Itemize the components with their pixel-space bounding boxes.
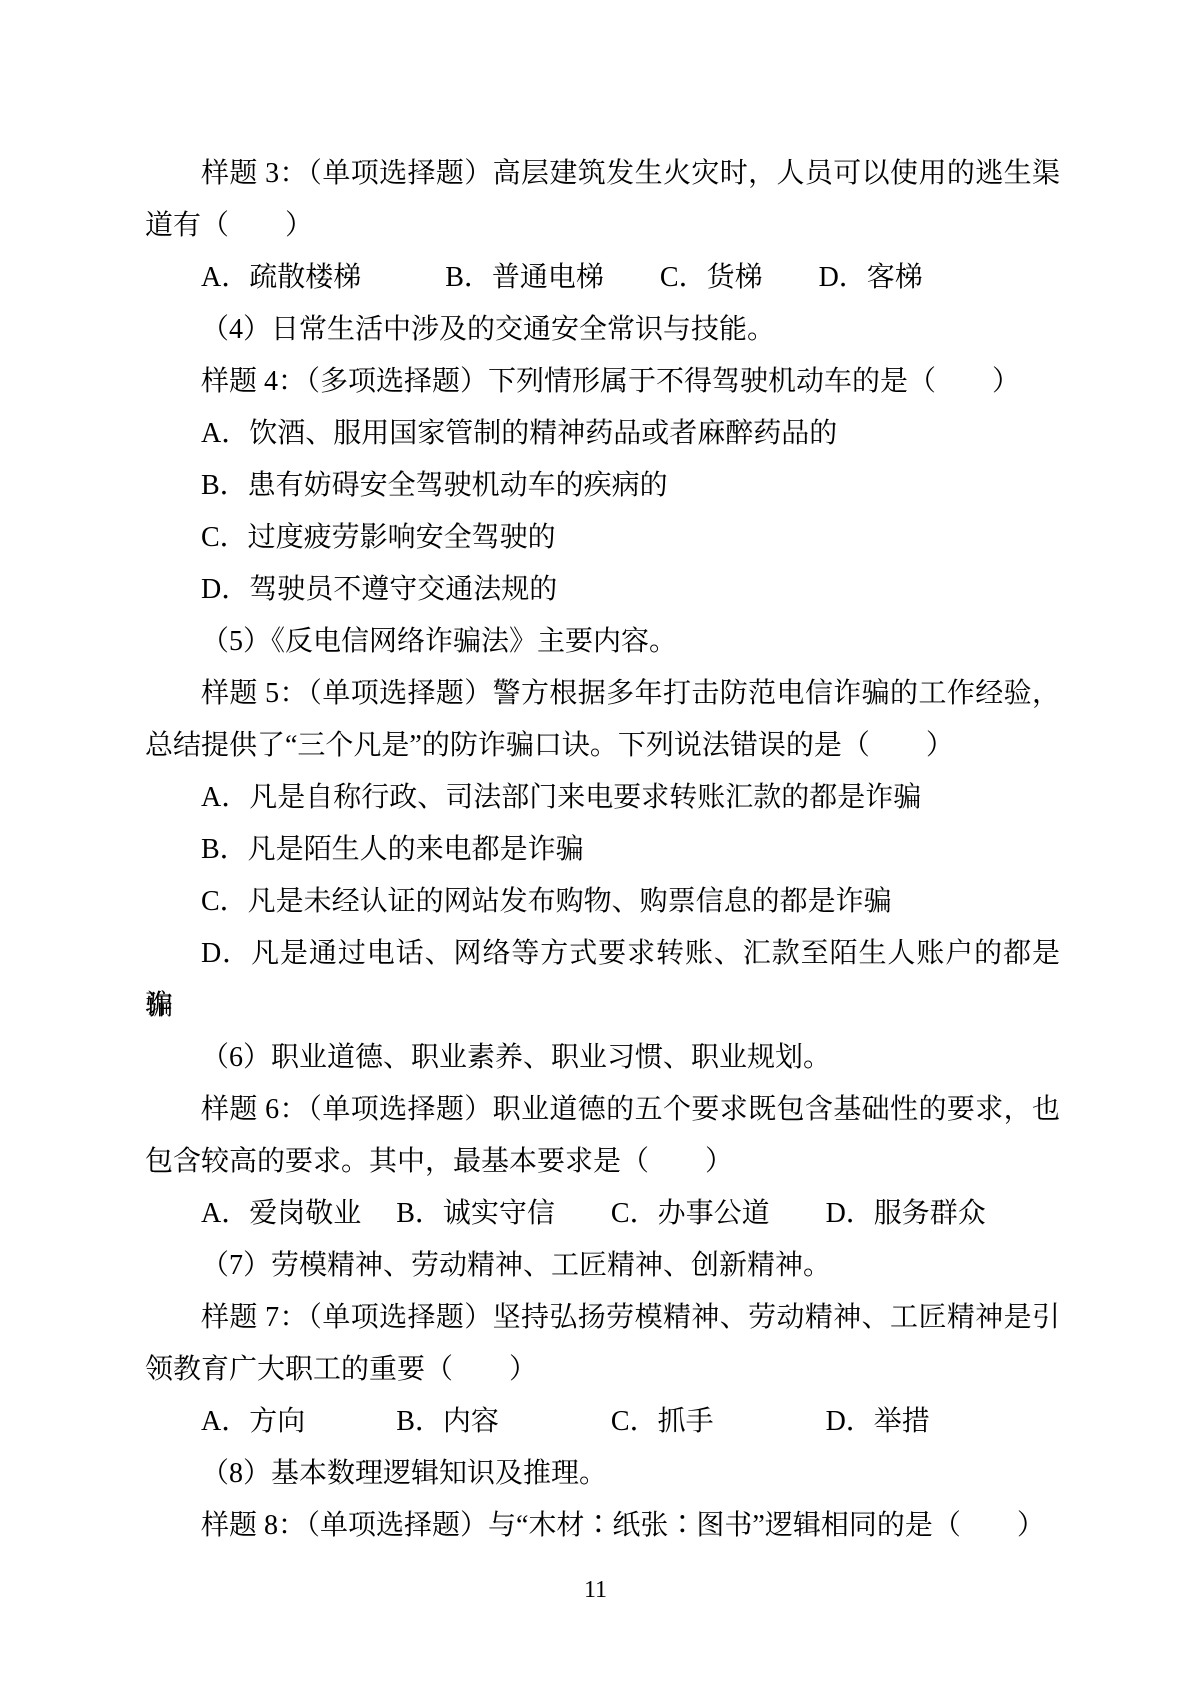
page-number: 11 xyxy=(0,1564,1191,1616)
text-line: C．凡是未经认证的网站发布购物、购票信息的都是诈骗 xyxy=(145,876,1060,928)
text-line: A．方向 B．内容 C．抓手 D．举措 xyxy=(145,1396,1060,1448)
text-line: A．饮酒、服用国家管制的精神药品或者麻醉药品的 xyxy=(145,408,1060,460)
text-line: 领教育广大职工的重要（ ） xyxy=(145,1344,1060,1396)
text-line: 样题 8：（单项选择题）与“木材∶纸张∶图书”逻辑相同的是（ ） xyxy=(145,1500,1060,1552)
text-line: 样题 5：（单项选择题）警方根据多年打击防范电信诈骗的工作经验， xyxy=(145,668,1060,720)
text-line: （4）日常生活中涉及的交通安全常识与技能。 xyxy=(145,304,1060,356)
text-line: D．凡是通过电话、网络等方式要求转账、汇款至陌生人账户的都是诈 xyxy=(145,928,1060,980)
text-line: B．患有妨碍安全驾驶机动车的疾病的 xyxy=(145,460,1060,512)
text-line: （8）基本数理逻辑知识及推理。 xyxy=(145,1448,1060,1500)
text-line: A．凡是自称行政、司法部门来电要求转账汇款的都是诈骗 xyxy=(145,772,1060,824)
text-line: 道有（ ） xyxy=(145,200,1060,252)
document-text-block: 样题 3：（单项选择题）高层建筑发生火灾时，人员可以使用的逃生渠道有（ ）A．疏… xyxy=(145,148,1060,1552)
text-line: B．凡是陌生人的来电都是诈骗 xyxy=(145,824,1060,876)
text-line: 样题 3：（单项选择题）高层建筑发生火灾时，人员可以使用的逃生渠 xyxy=(145,148,1060,200)
text-line: （6）职业道德、职业素养、职业习惯、职业规划。 xyxy=(145,1032,1060,1084)
text-line: 包含较高的要求。其中，最基本要求是（ ） xyxy=(145,1136,1060,1188)
text-line: （5）《反电信网络诈骗法》主要内容。 xyxy=(145,616,1060,668)
document-page: 样题 3：（单项选择题）高层建筑发生火灾时，人员可以使用的逃生渠道有（ ）A．疏… xyxy=(0,0,1191,1684)
text-line: 骗 xyxy=(145,980,1060,1032)
text-line: A．疏散楼梯 B．普通电梯 C．货梯 D．客梯 xyxy=(145,252,1060,304)
text-line: 总结提供了“三个凡是”的防诈骗口诀。下列说法错误的是（ ） xyxy=(145,720,1060,772)
text-line: 样题 7：（单项选择题）坚持弘扬劳模精神、劳动精神、工匠精神是引 xyxy=(145,1292,1060,1344)
text-line: D．驾驶员不遵守交通法规的 xyxy=(145,564,1060,616)
text-line: （7）劳模精神、劳动精神、工匠精神、创新精神。 xyxy=(145,1240,1060,1292)
text-line: C．过度疲劳影响安全驾驶的 xyxy=(145,512,1060,564)
text-line: 样题 6：（单项选择题）职业道德的五个要求既包含基础性的要求，也 xyxy=(145,1084,1060,1136)
text-line: A．爱岗敬业 B．诚实守信 C．办事公道 D．服务群众 xyxy=(145,1188,1060,1240)
text-line: 样题 4：（多项选择题）下列情形属于不得驾驶机动车的是（ ） xyxy=(145,356,1060,408)
